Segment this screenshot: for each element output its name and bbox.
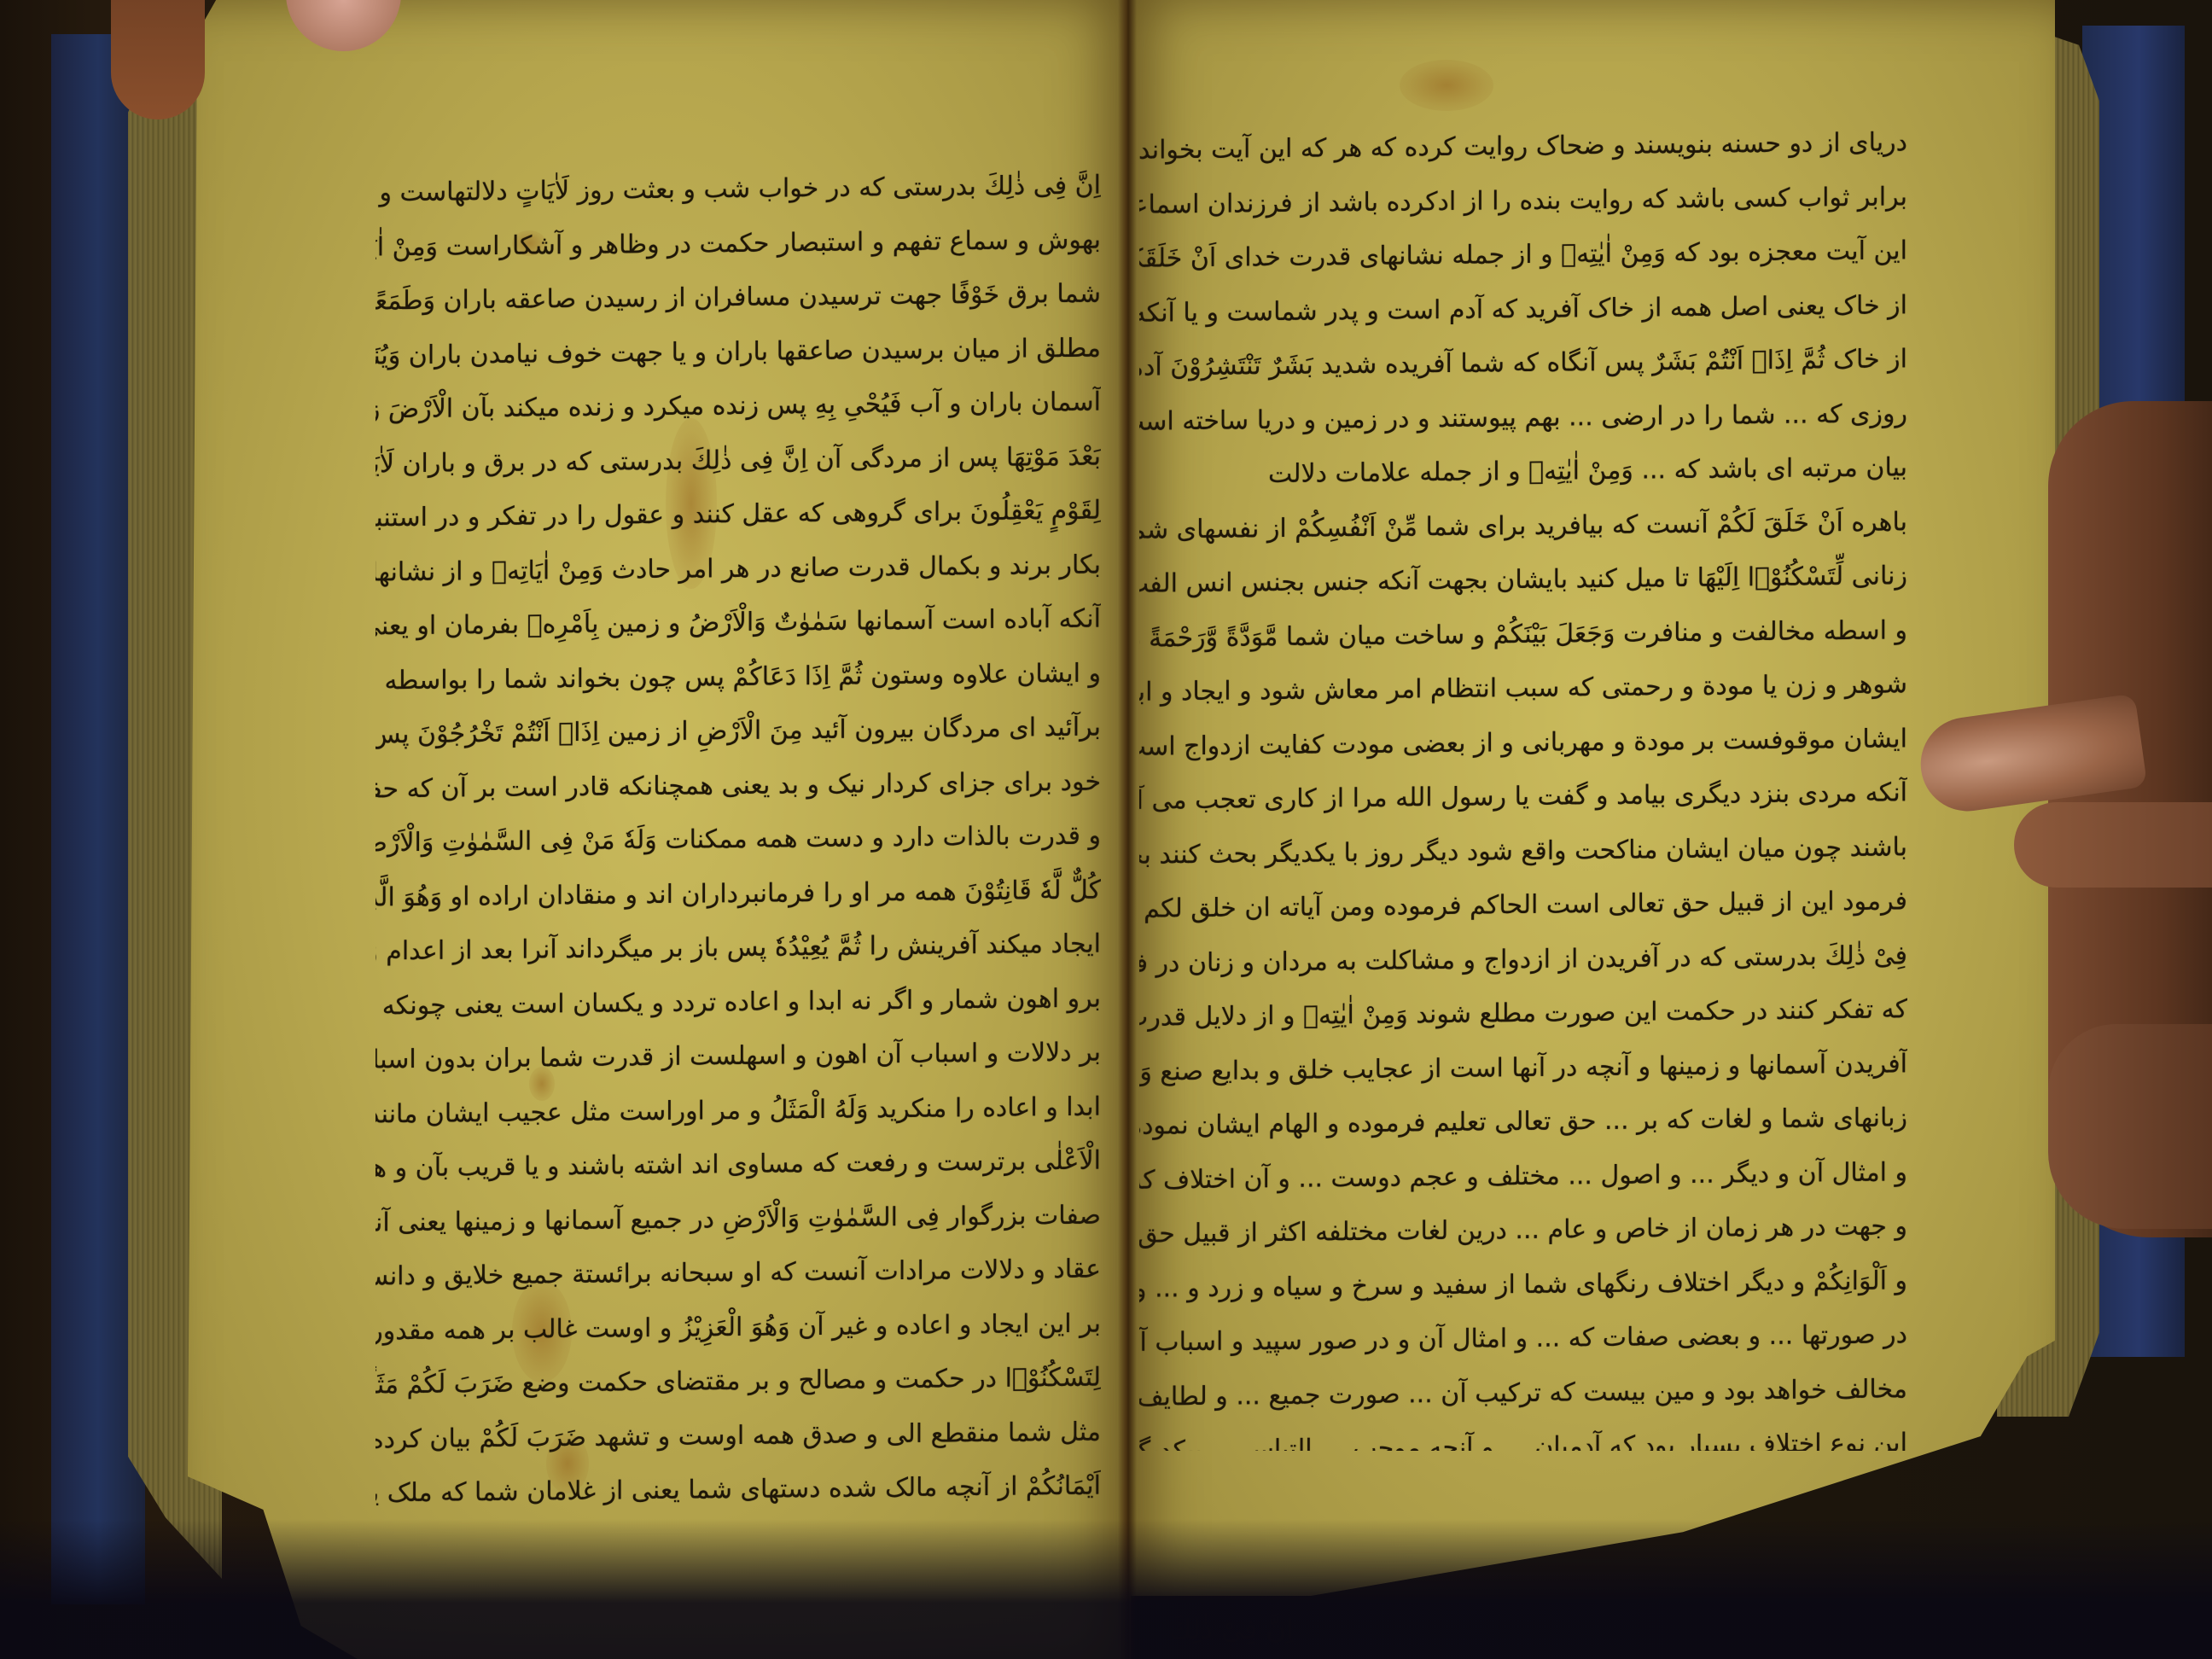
text-line: برآئید ای مردگان بیرون آئید مِنَ الْاَرْ… <box>375 701 1101 762</box>
text-line: مخالف خواهد بود و مین بیست که ترکیب آن .… <box>1139 1362 1907 1424</box>
text-line: آنکه آباده است آسمانها سَمٰوٰتٌ وَالْاَر… <box>375 592 1101 654</box>
text-line: آسمان باران و آب فَیُحْیِ بِهِ پس زنده م… <box>375 375 1101 437</box>
text-line: دریای از دو حسنه بنویسند و ضحاک روایت کر… <box>1139 119 1907 178</box>
right-page-text: دریای از دو حسنه بنویسند و ضحاک روایت کر… <box>1139 119 1907 1451</box>
text-line: فرمود این از قبیل حق تعالی است الحاکم فر… <box>1139 874 1907 936</box>
text-line: بیان مرتبه ای باشد که ... وَمِنْ اٰیٰتِه… <box>1139 440 1907 503</box>
text-line: و ایشان علاوه وستون ثُمَّ اِذَا دَعَاكُم… <box>375 646 1101 707</box>
text-line: صفات بزرگوار فِی السَّمٰوٰتِ وَالْاَرْضِ… <box>375 1188 1101 1249</box>
text-line: باشند چون میان ایشان مناکحت واقع شود دیگ… <box>1139 820 1907 882</box>
text-line: خود برای جزای کردار نیک و بد یعنی همچنان… <box>375 754 1101 816</box>
text-line: روزی که ... شما را در ارضی ... بهم پیوست… <box>1139 387 1907 449</box>
text-line: فِیْ ذٰلِكَ بدرستی که در آفریدن از ازدوا… <box>1139 928 1907 991</box>
text-line: شما برق خَوْفًا جهت ترسیدن مسافران از رس… <box>375 267 1101 329</box>
text-line: لِتَسْكُنُوْۤا در حکمت و مصالح و بر مقتض… <box>375 1351 1101 1412</box>
text-line: از خاک ثُمَّ اِذَاۤ اَنْتُمْ بَشَرٌ پس آ… <box>1139 332 1907 394</box>
text-line: و اسطه مخالفت و منافرت وَجَعَلَ بَیْنَكُ… <box>1139 603 1907 666</box>
text-line: الْاَعْلٰی برترست و رفعت که مساوی اند اش… <box>375 1134 1101 1196</box>
text-line: برو اهون شمار و اگر نه ابدا و اعاده تردد… <box>375 971 1101 1033</box>
finger-right <box>2014 802 2212 888</box>
catchword: اِنَّ فِیْ ذٰلِكَ <box>1169 1613 1294 1645</box>
text-line: و اَلْوَانِكُمْ و دیگر اختلاف رنگهای شما… <box>1139 1254 1907 1316</box>
text-line: باهره اَنْ خَلَقَ لَكُمْ آنست که بیافرید… <box>1139 495 1907 557</box>
text-line: مطلق از میان برسیدن صاعقها باران و یا جه… <box>375 321 1101 382</box>
text-line: اِنَّ فِی ذٰلِكَ بدرستی که در خواب شب و … <box>375 162 1101 220</box>
text-line: ایجاد میکند آفرینش را ثُمَّ یُعِیْدُهٗ پ… <box>375 917 1101 979</box>
text-line: زنانی لِّتَسْكُنُوْۤا اِلَیْهَا تا میل ک… <box>1139 549 1907 611</box>
text-line: لِقَوْمٍ یَعْقِلُونَ برای گروهی که عقل ک… <box>375 484 1101 545</box>
text-line: مثل شما منقطع الی و صدق همه اوست و تشهد … <box>375 1405 1101 1466</box>
stain <box>1400 60 1493 111</box>
text-line: عقاد و دلالات مرادات آنست که او سبحانه ب… <box>375 1243 1101 1304</box>
text-line: برابر ثواب کسی باشد که روایت بنده را از … <box>1139 170 1907 232</box>
text-line: بهوش و سماع تفهم و استبصار حکمت در وظاهر… <box>375 212 1101 274</box>
text-line: در صورتها ... و بعضی صفات که ... و امثال… <box>1139 1307 1907 1370</box>
text-line: بَعْدَ مَوْتِهَا پس از مردگی آن اِنَّ فِ… <box>375 429 1101 491</box>
finger-top-left <box>111 0 205 119</box>
text-line: آفریدن آسمانها و زمینها و آنچه در آنها ا… <box>1139 1037 1907 1099</box>
text-line: شوهر و زن یا مودة و رحمتی که سبب انتظام … <box>1139 657 1907 719</box>
text-line: زبانهای شما و لغات که بر ... حق تعالی تع… <box>1139 1091 1907 1153</box>
text-line: بکار برند و بکمال قدرت صانع در هر امر حا… <box>375 538 1101 599</box>
text-line: بر این ایجاد و اعاده و غیر آن وَهُوَ الْ… <box>375 1296 1101 1358</box>
text-line: بر دلالات و اسباب آن اهون و اسهلست از قد… <box>375 1026 1101 1087</box>
text-line: این آیت معجزه بود که وَمِنْ اٰیٰتِهٖ و ا… <box>1139 224 1907 286</box>
book-gutter <box>1118 0 1137 1659</box>
text-line: که تفکر کنند در حکمت این صورت مطلع شوند … <box>1139 982 1907 1045</box>
text-line: اَیْمَانُكُمْ از آنچه مالک شده دستهای شم… <box>375 1459 1101 1521</box>
finger-right-lower <box>2048 1024 2212 1229</box>
text-line: ایشان موقوفست بر مودة و مهربانی و از بعض… <box>1139 712 1907 774</box>
text-line: ابدا و اعاده را منکرید وَلَهُ الْمَثَلُ … <box>375 1080 1101 1141</box>
text-line: از خاک یعنی اصل همه از خاک آفرید که آدم … <box>1139 278 1907 341</box>
text-line: کُلٌّ لَّهٗ قَانِتُوْنَ همه مر او را فرم… <box>375 863 1101 924</box>
text-line: و جهت در هر زمان از خاص و عام ... درین ل… <box>1139 1199 1907 1261</box>
manuscript-photo: اِنَّ فِی ذٰلِكَ بدرستی که در خواب شب و … <box>0 0 2212 1659</box>
text-line: آنکه مردی بنزد دیگری بیامد و گفت یا رسول… <box>1139 765 1907 828</box>
text-line: و قدرت بالذات دارد و دست همه ممکنات وَلَ… <box>375 809 1101 870</box>
left-page-text: اِنَّ فِی ذٰلِكَ بدرستی که در خواب شب و … <box>375 162 1101 1528</box>
text-line: و امثال آن و دیگر ... و اصول ... مختلف و… <box>1139 1145 1907 1208</box>
